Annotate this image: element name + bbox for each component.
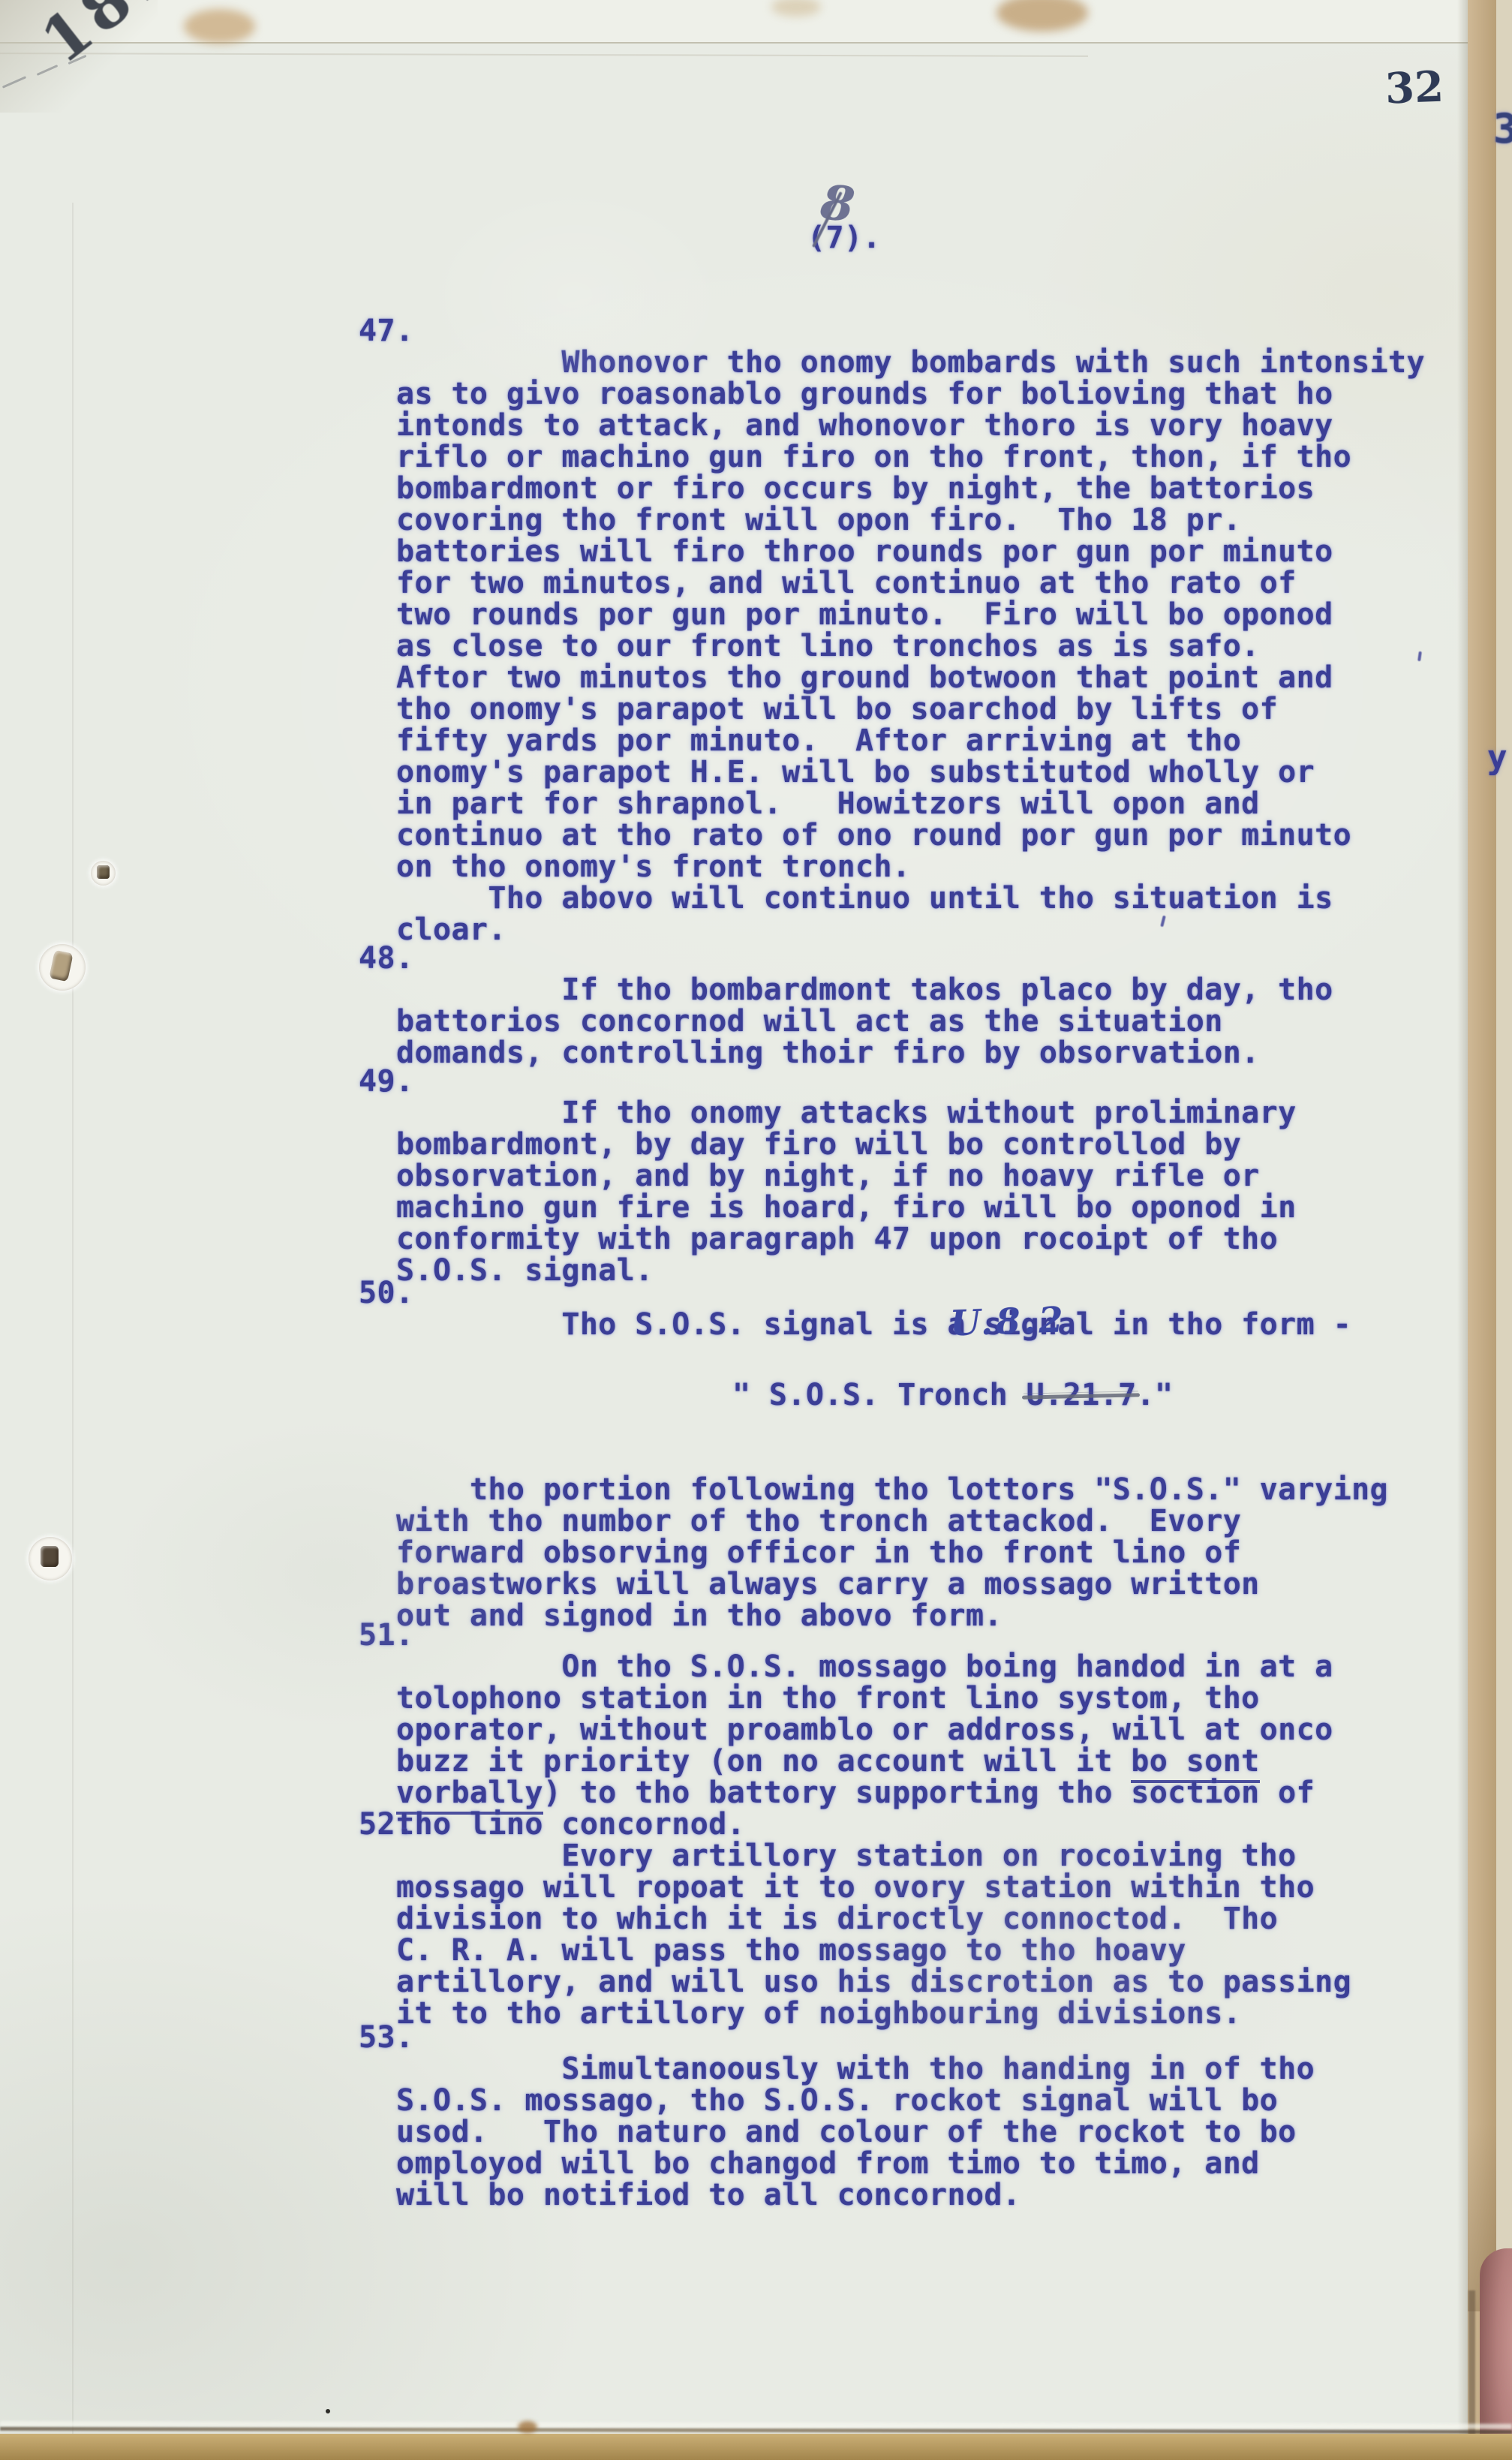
paragraph-47: 47. Whonovor tho onomy bombards with suc…: [396, 315, 1425, 977]
paper-crease-vertical: [72, 203, 74, 2460]
paragraph-text: Tho S.O.S. signal is a signal in tho for…: [470, 1307, 1351, 1342]
adjacent-page-text-partial: y: [1487, 738, 1507, 777]
paper-stain: [184, 9, 255, 44]
adjacent-page-number-partial: 3: [1493, 105, 1512, 152]
paragraph-text: tho portion following tho lottors "S.O.S…: [396, 1472, 1388, 1633]
paragraph-53: 53. Simultanoously with tho handing in o…: [396, 2022, 1315, 2242]
rust-stain: [518, 2421, 537, 2433]
paragraph-number: 48.: [359, 943, 413, 974]
dirt-speck: [326, 2409, 330, 2413]
paragraph-number: 47.: [359, 315, 413, 347]
punch-hole-center: [41, 1546, 59, 1567]
paragraph-text: Simultanoously with tho handing in of th…: [396, 2052, 1315, 2212]
paragraph-number: 49.: [359, 1066, 413, 1097]
page-bottom-edge: [0, 2434, 1512, 2460]
sos-trench-signal-line: " S.O.S. Tronch U.21.7.": [659, 1348, 1174, 1442]
document-page: 181 32 8 (7). 47. Whonovor tho onomy bom…: [0, 0, 1512, 2460]
paragraph-text: If tho onomy attacks without proliminary…: [396, 1096, 1297, 1288]
paper-crease: [0, 53, 1088, 57]
signal-text-close: .": [1137, 1378, 1174, 1412]
paragraph-number: 50.: [359, 1277, 413, 1309]
punch-hole: [39, 944, 86, 991]
handwritten-trench-correction: U.8.2: [949, 1299, 1067, 1344]
punch-hole: [29, 1537, 72, 1580]
paragraph-number: 53.: [359, 2022, 413, 2053]
page-number-stamp: 32: [1384, 62, 1444, 114]
paragraph-number: 51.: [359, 1619, 413, 1651]
struck-trench-reference: U.21.7: [1027, 1379, 1137, 1411]
punch-hole-center: [97, 865, 110, 879]
paragraph-text: Evory artillory station on rocoiving tho…: [396, 1839, 1351, 2031]
punch-hole-center: [49, 950, 73, 982]
punch-hole: [91, 861, 116, 886]
paragraph-text: If tho bombardmont takos placo by day, t…: [396, 973, 1333, 1070]
signal-text: " S.O.S. Tronch: [732, 1378, 1027, 1412]
paragraph-text: Whonovor tho onomy bombards with such in…: [396, 345, 1425, 947]
underlying-page: [1496, 0, 1512, 2460]
paragraph-number: 52.: [359, 1809, 413, 1840]
